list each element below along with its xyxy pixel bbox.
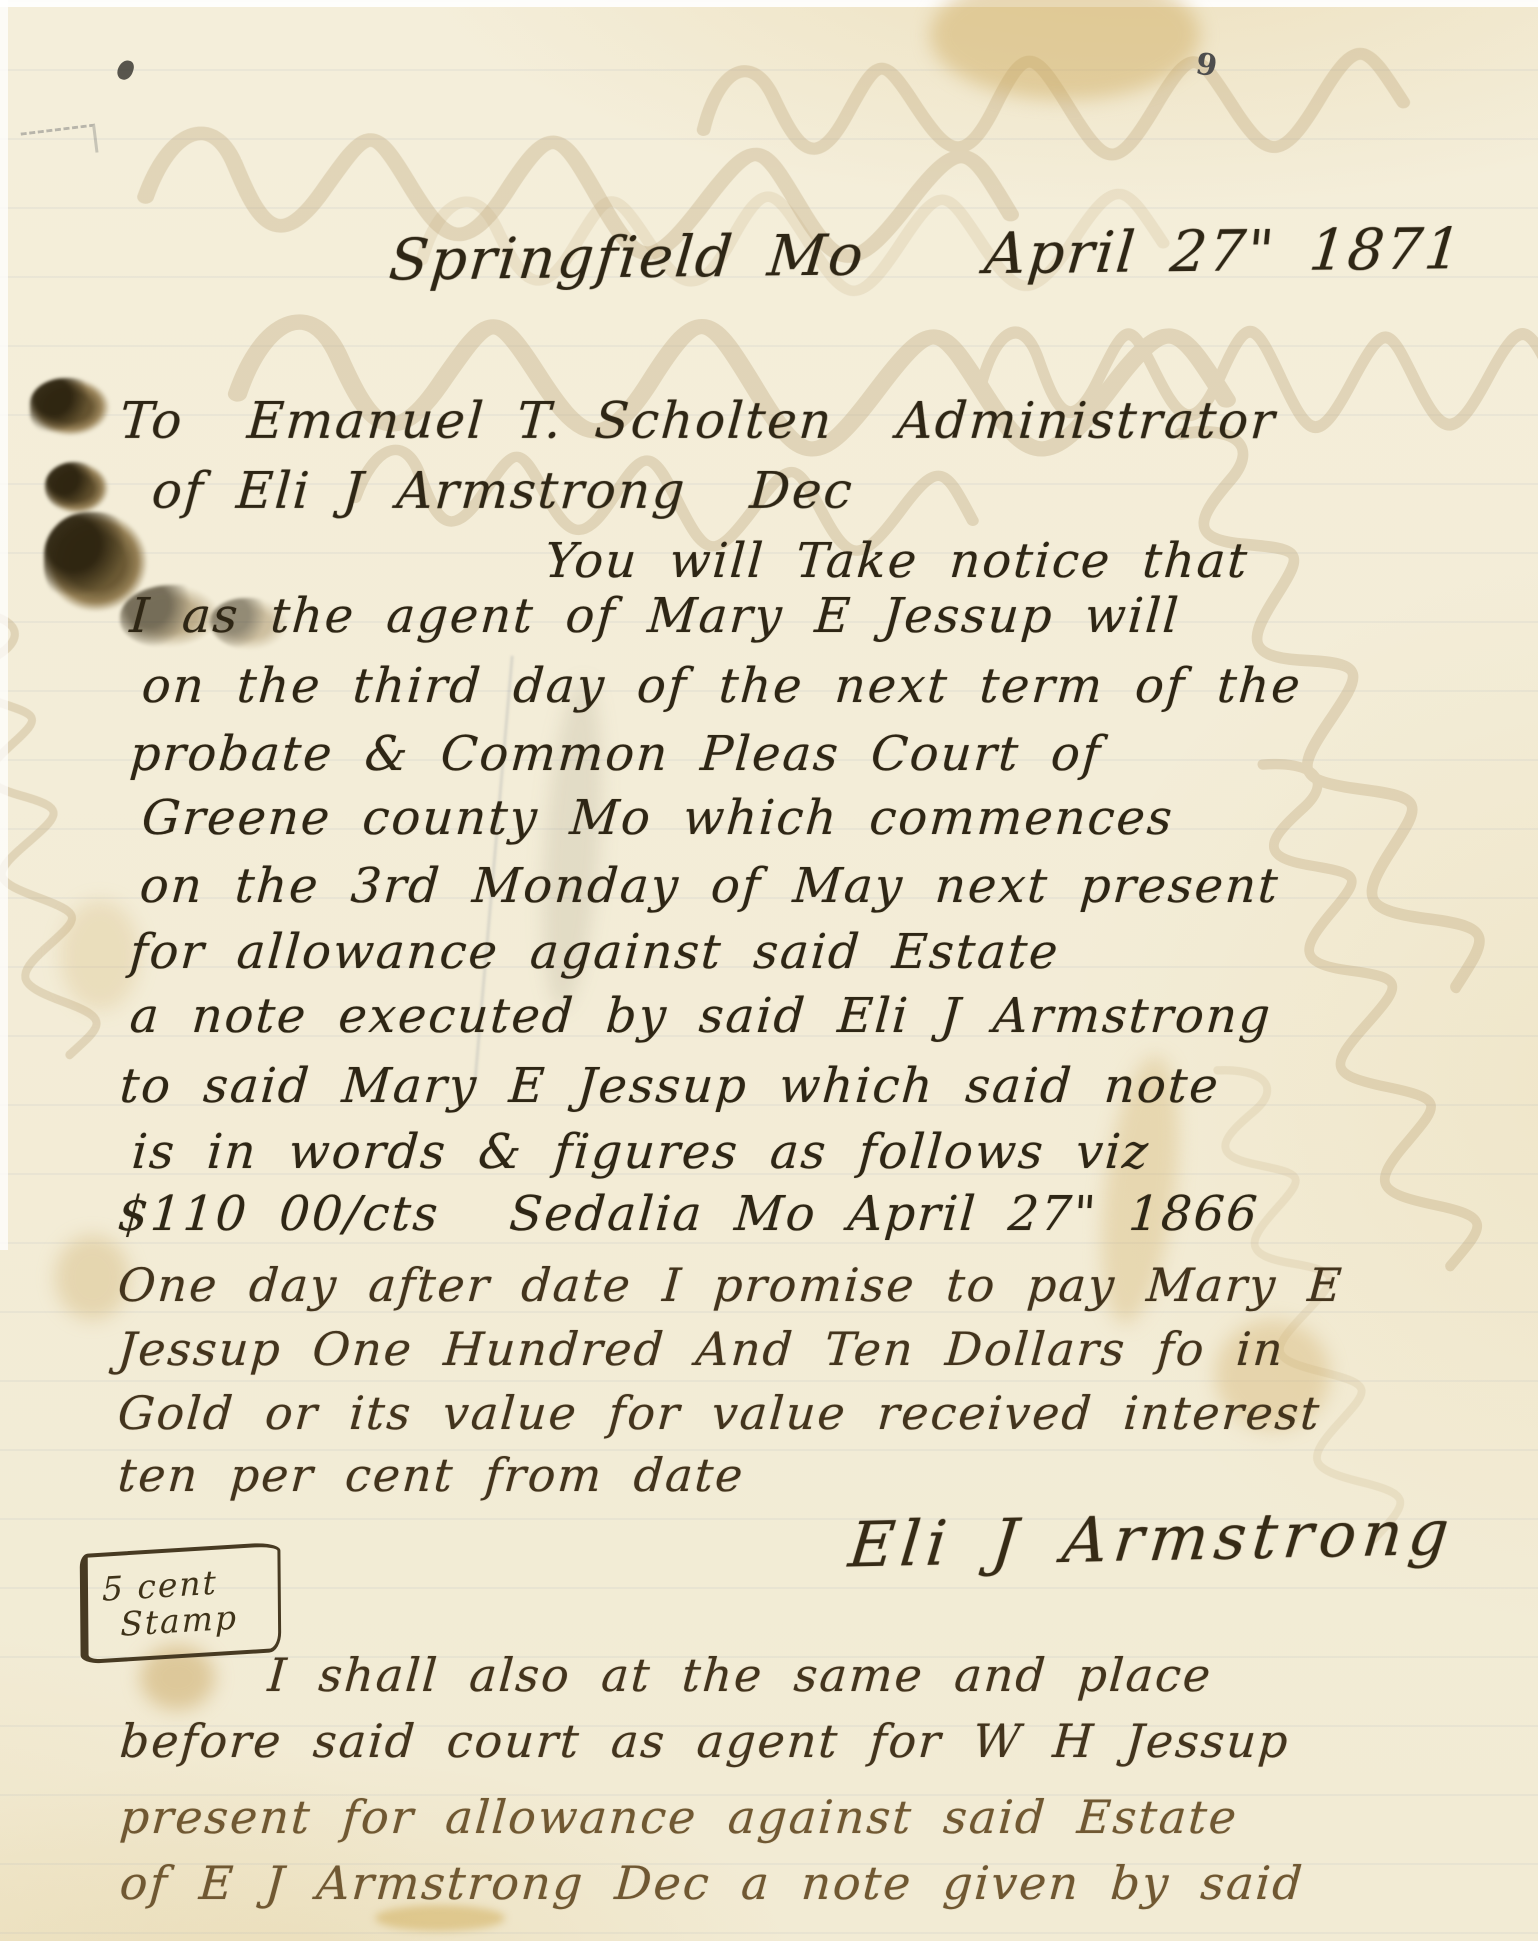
- letter-line: to said Mary E Jessup which said note: [118, 1058, 1222, 1114]
- corner-mark-9: 9: [1193, 46, 1220, 84]
- pencil-mark-left: [21, 124, 99, 162]
- ink-speck-top-left: [115, 58, 135, 82]
- scan-edge-top: [0, 0, 1538, 7]
- letter-line: I as the agent of Mary E Jessup will: [128, 588, 1182, 644]
- signature: Eli J Armstrong: [846, 1496, 1459, 1582]
- letter-line: a note executed by said Eli J Armstrong: [128, 988, 1274, 1044]
- postscript-line: present for allowance against said Estat…: [118, 1790, 1240, 1844]
- stain-left-low: [60, 900, 140, 1010]
- ink-blot-2: [45, 462, 109, 514]
- postscript-line: I shall also at the same and place: [266, 1648, 1214, 1702]
- note-line: Gold or its value for value received int…: [116, 1386, 1323, 1440]
- letter-line: probate & Common Pleas Court of: [128, 726, 1104, 782]
- stamp-annotation-box: 5 cent Stamp: [80, 1542, 282, 1664]
- letter-line: You will Take notice that: [543, 533, 1251, 589]
- stain-top: [930, 0, 1200, 100]
- dateline-place: Springfield Mo: [386, 223, 868, 294]
- postscript-line: of E J Armstrong Dec a note given by sai…: [118, 1856, 1306, 1910]
- postscript-line: before said court as agent for W H Jessu…: [118, 1714, 1291, 1768]
- salutation-line: of Eli J Armstrong Dec: [150, 462, 856, 520]
- dateline-date: April 27" 1871: [982, 216, 1466, 287]
- note-amount-line: $110 00/cts Sedalia Mo April 27" 1866: [116, 1186, 1261, 1242]
- note-place-date: Sedalia Mo April 27" 1866: [508, 1186, 1261, 1242]
- letter-line: Greene county Mo which commences: [140, 790, 1176, 846]
- letter-sheet: 9 Springfield Mo April 27" 1871 To Emanu…: [0, 0, 1538, 1941]
- note-line: Jessup One Hundred And Ten Dollars fo in: [116, 1322, 1286, 1376]
- note-line: One day after date I promise to pay Mary…: [116, 1258, 1345, 1312]
- letter-line: on the third day of the next term of the: [140, 658, 1304, 714]
- letter-line: is in words & figures as follows viz: [130, 1124, 1152, 1180]
- dateline: Springfield Mo April 27" 1871: [386, 216, 1466, 293]
- ink-blot-1: [30, 378, 110, 436]
- note-line: ten per cent from date: [116, 1448, 746, 1502]
- letter-line: on the 3rd Monday of May next present: [138, 858, 1281, 914]
- note-amount: $110 00/cts: [116, 1186, 441, 1242]
- scan-edge-left: [0, 0, 8, 1250]
- stamp-annotation-line: Stamp: [102, 1597, 278, 1644]
- letter-line: for allowance against said Estate: [128, 924, 1061, 980]
- salutation-line: To Emanuel T. Scholten Administrator: [118, 392, 1278, 450]
